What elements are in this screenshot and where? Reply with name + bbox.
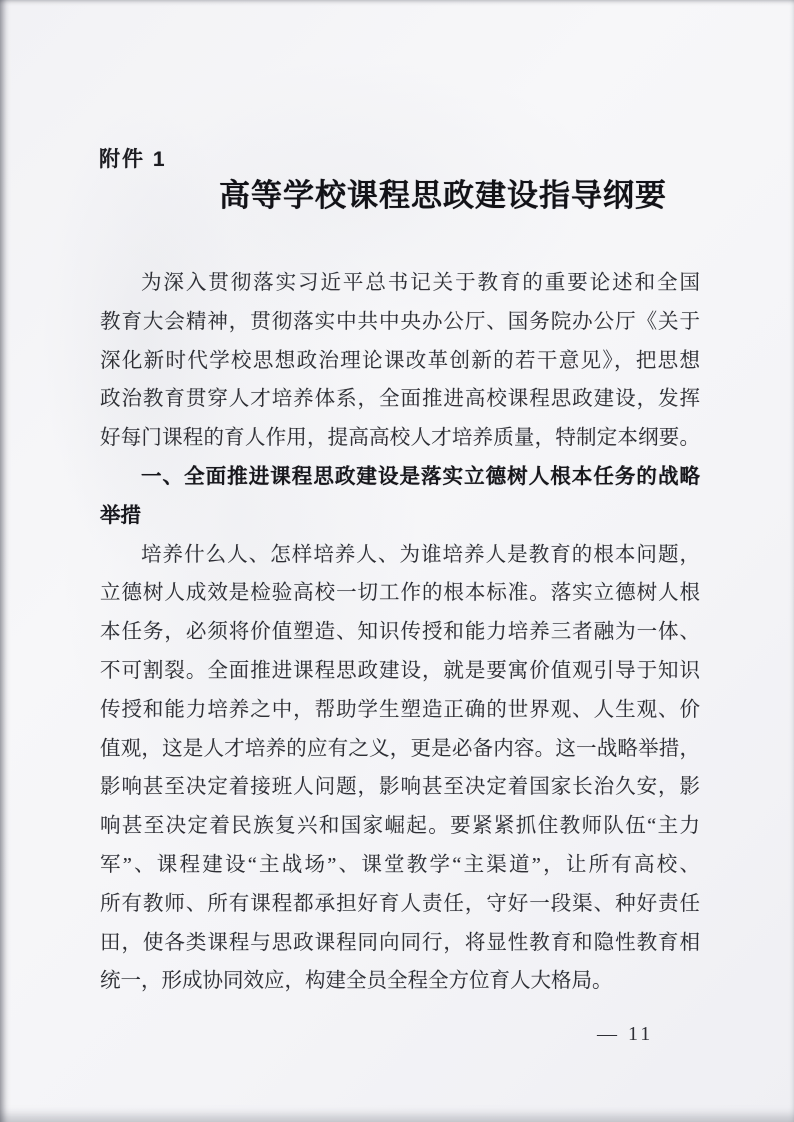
body-line: 本任务，必须将价值塑造、知识传授和能力培养三者融为一体、: [100, 613, 700, 652]
body-line: 好每门课程的育人作用，提高高校人才培养质量，特制定本纲要。: [100, 419, 700, 458]
scanned-document-page: 附件 1 高等学校课程思政建设指导纲要 为深入贯彻落实习近平总书记关于教育的重要…: [0, 0, 794, 1122]
body-line: 不可割裂。全面推进课程思政建设，就是要寓价值观引导于知识: [100, 652, 700, 691]
body-line: 深化新时代学校思想政治理论课改革创新的若干意见》，把思想: [100, 342, 700, 381]
body-line: 政治教育贯穿人才培养体系，全面推进高校课程思政建设，发挥: [100, 380, 700, 419]
body-line: 为深入贯彻落实习近平总书记关于教育的重要论述和全国: [100, 264, 700, 303]
heading-line: 一、全面推进课程思政建设是落实立德树人根本任务的战略: [100, 458, 700, 497]
section-heading-1: 一、全面推进课程思政建设是落实立德树人根本任务的战略举措: [100, 458, 700, 536]
body-line: 立德树人成效是检验高校一切工作的根本标准。落实立德树人根: [100, 574, 700, 613]
document-body: 为深入贯彻落实习近平总书记关于教育的重要论述和全国教育大会精神，贯彻落实中共中央…: [100, 264, 700, 1001]
paragraph-section-1-body: 培养什么人、怎样培养人、为谁培养人是教育的根本问题，立德树人成效是检验高校一切工…: [100, 536, 700, 1002]
body-line: 田，使各类课程与思政课程同向同行，将显性教育和隐性教育相: [100, 924, 700, 963]
body-line: 所有教师、所有课程都承担好育人责任，守好一段渠、种好责任: [100, 885, 700, 924]
body-line: 传授和能力培养之中，帮助学生塑造正确的世界观、人生观、价: [100, 691, 700, 730]
document-title: 高等学校课程思政建设指导纲要: [46, 177, 794, 216]
body-line: 教育大会精神，贯彻落实中共中央办公厅、国务院办公厅《关于: [100, 303, 700, 342]
attachment-label: 附件 1: [99, 143, 167, 173]
body-line: 响甚至决定着民族复兴和国家崛起。要紧紧抓住教师队伍“主力: [100, 807, 700, 846]
heading-line: 举措: [100, 497, 700, 536]
page-number: — 11: [597, 1023, 653, 1046]
body-line: 军”、课程建设“主战场”、课堂教学“主渠道”，让所有高校、: [100, 846, 700, 885]
body-line: 影响甚至决定着接班人问题，影响甚至决定着国家长治久安，影: [100, 768, 700, 807]
body-line: 值观，这是人才培养的应有之义，更是必备内容。这一战略举措，: [100, 730, 700, 769]
body-line: 培养什么人、怎样培养人、为谁培养人是教育的根本问题，: [100, 536, 700, 575]
body-line: 统一，形成协同效应，构建全员全程全方位育人大格局。: [100, 962, 700, 1001]
paragraph-intro: 为深入贯彻落实习近平总书记关于教育的重要论述和全国教育大会精神，贯彻落实中共中央…: [100, 264, 700, 458]
